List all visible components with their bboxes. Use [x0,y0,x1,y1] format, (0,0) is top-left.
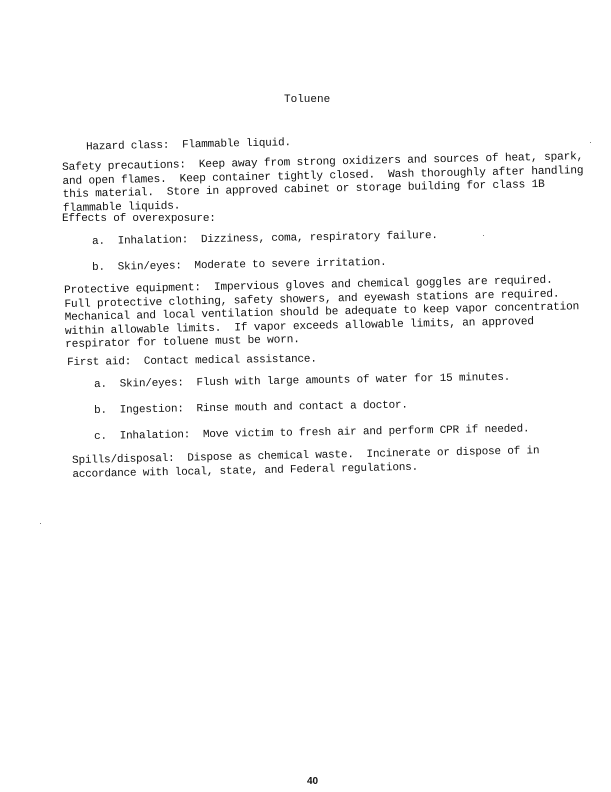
item-text: Skin/eyes: Flush with large amounts of w… [120,372,511,391]
document-page: Toluene Hazard class: Flammable liquid. … [0,0,611,792]
item-marker: b. [94,405,107,417]
effects-item-b: b. Skin/eyes: Moderate to severe irritat… [92,257,387,274]
item-marker: c. [94,431,107,443]
safety-precautions: Safety precautions: Keep away from stron… [62,151,584,216]
item-text: Ingestion: Rinse mouth and contact a doc… [120,400,408,417]
scan-speck [590,142,591,143]
scan-speck [40,523,41,524]
document-title: Toluene [284,94,330,106]
first-aid-item-c: c. Inhalation: Move victim to fresh air … [94,423,529,443]
item-marker: b. [92,262,105,274]
first-aid-heading: First aid: Contact medical assistance. [67,354,317,371]
first-aid-item-a: a. Skin/eyes: Flush with large amounts o… [94,372,510,391]
hazard-class-text: Flammable liquid. [182,137,291,151]
protective-equipment: Protective equipment: Impervious gloves … [64,274,580,352]
page-number: 40 [307,776,318,787]
spacer [169,139,182,151]
item-marker: a. [92,236,105,248]
effects-item-a: a. Inhalation: Dizziness, coma, respirat… [92,230,438,248]
hazard-class-label: Hazard class: [86,139,169,153]
scan-speck [483,235,484,236]
item-marker: a. [94,379,107,391]
item-text: Skin/eyes: Moderate to severe irritation… [118,257,387,274]
spills-disposal: Spills/disposal: Dispose as chemical was… [72,445,540,482]
item-text: Inhalation: Move victim to fresh air and… [120,423,530,442]
first-aid-item-b: b. Ingestion: Rinse mouth and contact a … [94,400,408,417]
item-text: Inhalation: Dizziness, coma, respiratory… [118,230,438,248]
effects-heading: Effects of overexposure: [62,213,216,227]
